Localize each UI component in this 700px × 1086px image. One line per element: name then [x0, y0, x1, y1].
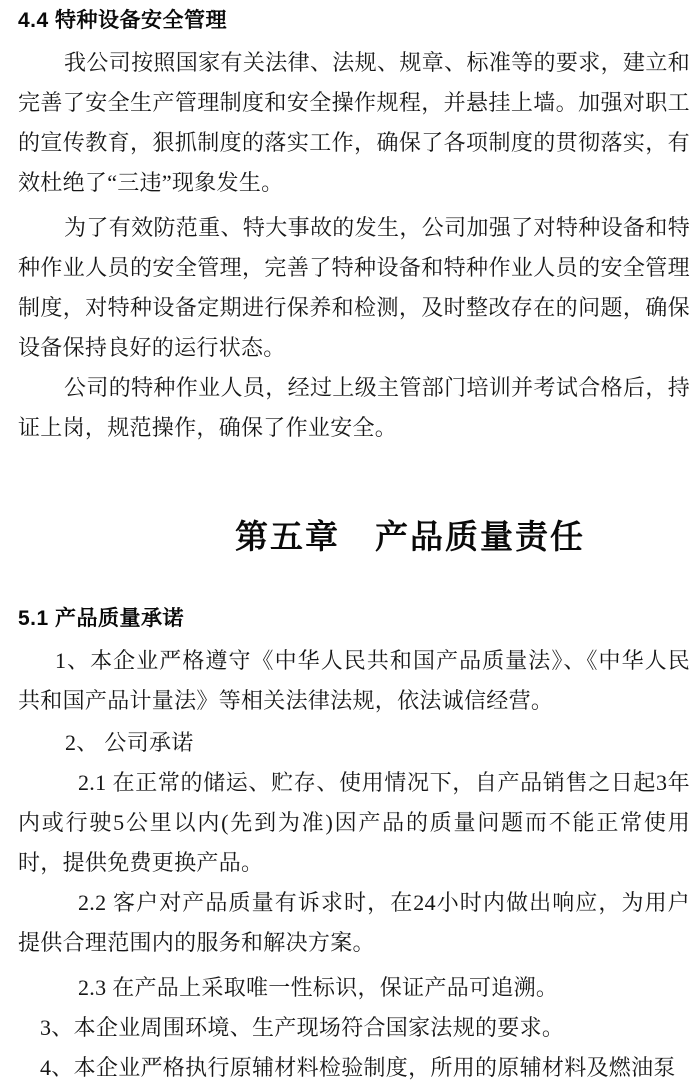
chapter-5-title: 第五章 产品质量责任 [18, 516, 690, 561]
section-5-1-item-2-3: 2.3 在产品上采取唯一性标识，保证产品可追溯。 [18, 968, 690, 1008]
section-4-4-paragraph-3: 公司的特种作业人员，经过上级主管部门培训并考试合格后，持证上岗，规范操作，确保了… [18, 368, 690, 448]
section-5-1-item-2: 2、 公司承诺 [18, 723, 690, 763]
section-5-1-item-4: 4、本企业严格执行原辅材料检验制度，所用的原辅材料及燃油泵 [18, 1048, 690, 1086]
section-4-4-heading: 4.4 特种设备安全管理 [18, 8, 690, 34]
section-5-1-item-3: 3、本企业周围环境、生产现场符合国家法规的要求。 [18, 1008, 690, 1048]
section-5-1-item-1: 1、本企业严格遵守《中华人民共和国产品质量法》、《中华人民共和国产品计量法》等相… [18, 641, 690, 721]
section-4-4-paragraph-1: 我公司按照国家有关法律、法规、规章、标准等的要求，建立和完善了安全生产管理制度和… [18, 43, 690, 203]
section-5-1-heading: 5.1 产品质量承诺 [18, 606, 690, 632]
section-4-4-paragraph-2: 为了有效防范重、特大事故的发生，公司加强了对特种设备和特种作业人员的安全管理，完… [18, 208, 690, 368]
document-page: 4.4 特种设备安全管理 我公司按照国家有关法律、法规、规章、标准等的要求，建立… [0, 0, 700, 1086]
section-5-1-item-2-1: 2.1 在正常的储运、贮存、使用情况下，自产品销售之日起3年内或行驶5公里以内(… [18, 763, 690, 883]
section-5-1-item-2-2: 2.2 客户对产品质量有诉求时，在24小时内做出响应，为用户提供合理范围内的服务… [18, 883, 690, 963]
